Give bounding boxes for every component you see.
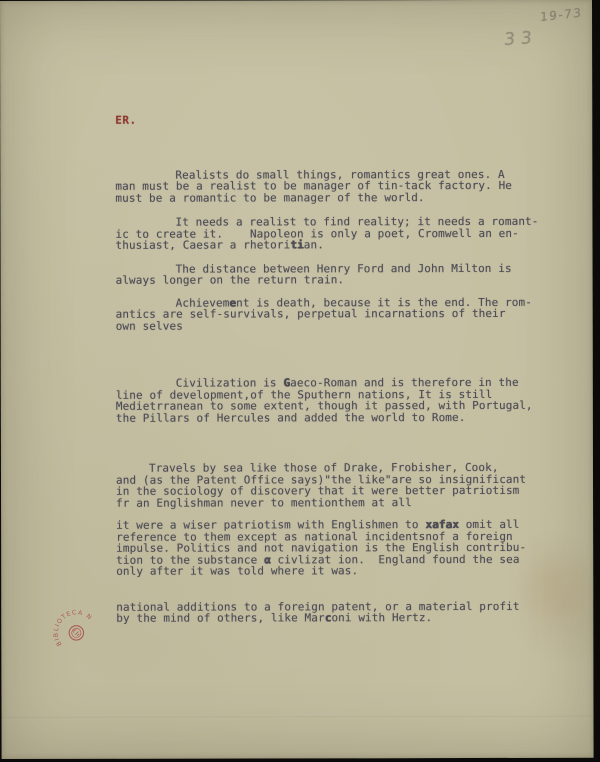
paragraph: it were a wiser patriotism with Englishm… xyxy=(116,519,561,577)
library-stamp: BIBLIOTECA NACIONAL xyxy=(45,602,107,664)
paragraph: The distance between Henry Ford and John… xyxy=(116,262,561,286)
scanned-document-page: { "annotations": { "code_top_right": "19… xyxy=(0,0,600,762)
paragraph: Travels by sea like those of Drake, Frob… xyxy=(116,462,561,509)
paragraph: It needs a realist to find reality; it n… xyxy=(115,216,560,251)
paragraphs: Realists do small things, romantics grea… xyxy=(115,168,561,624)
library-stamp-graphic: BIBLIOTECA NACIONAL xyxy=(45,602,107,664)
paragraph: national additions to a foreign patent, … xyxy=(116,600,561,624)
typewritten-text: ER. Realists do small things, romantics … xyxy=(115,91,561,647)
handwritten-page-number: 33 xyxy=(503,28,538,51)
stamp-emblem-inner-circle xyxy=(70,626,83,639)
document-heading: ER. xyxy=(115,114,560,126)
paper-sheet: 19-73 33 ER. Realists do small things, r… xyxy=(0,0,594,759)
paragraph: Civilization is Gaeco-Roman and is there… xyxy=(116,377,561,424)
handwritten-archive-code: 19-73 xyxy=(540,6,582,25)
paragraph: Achievement is death, because it is the … xyxy=(116,296,561,331)
paragraph: Realists do small things, romantics grea… xyxy=(115,168,560,203)
stamp-emblem-outer-circle xyxy=(66,623,86,643)
paper-crease xyxy=(1,716,593,719)
stamp-emblem-crest xyxy=(72,629,80,637)
